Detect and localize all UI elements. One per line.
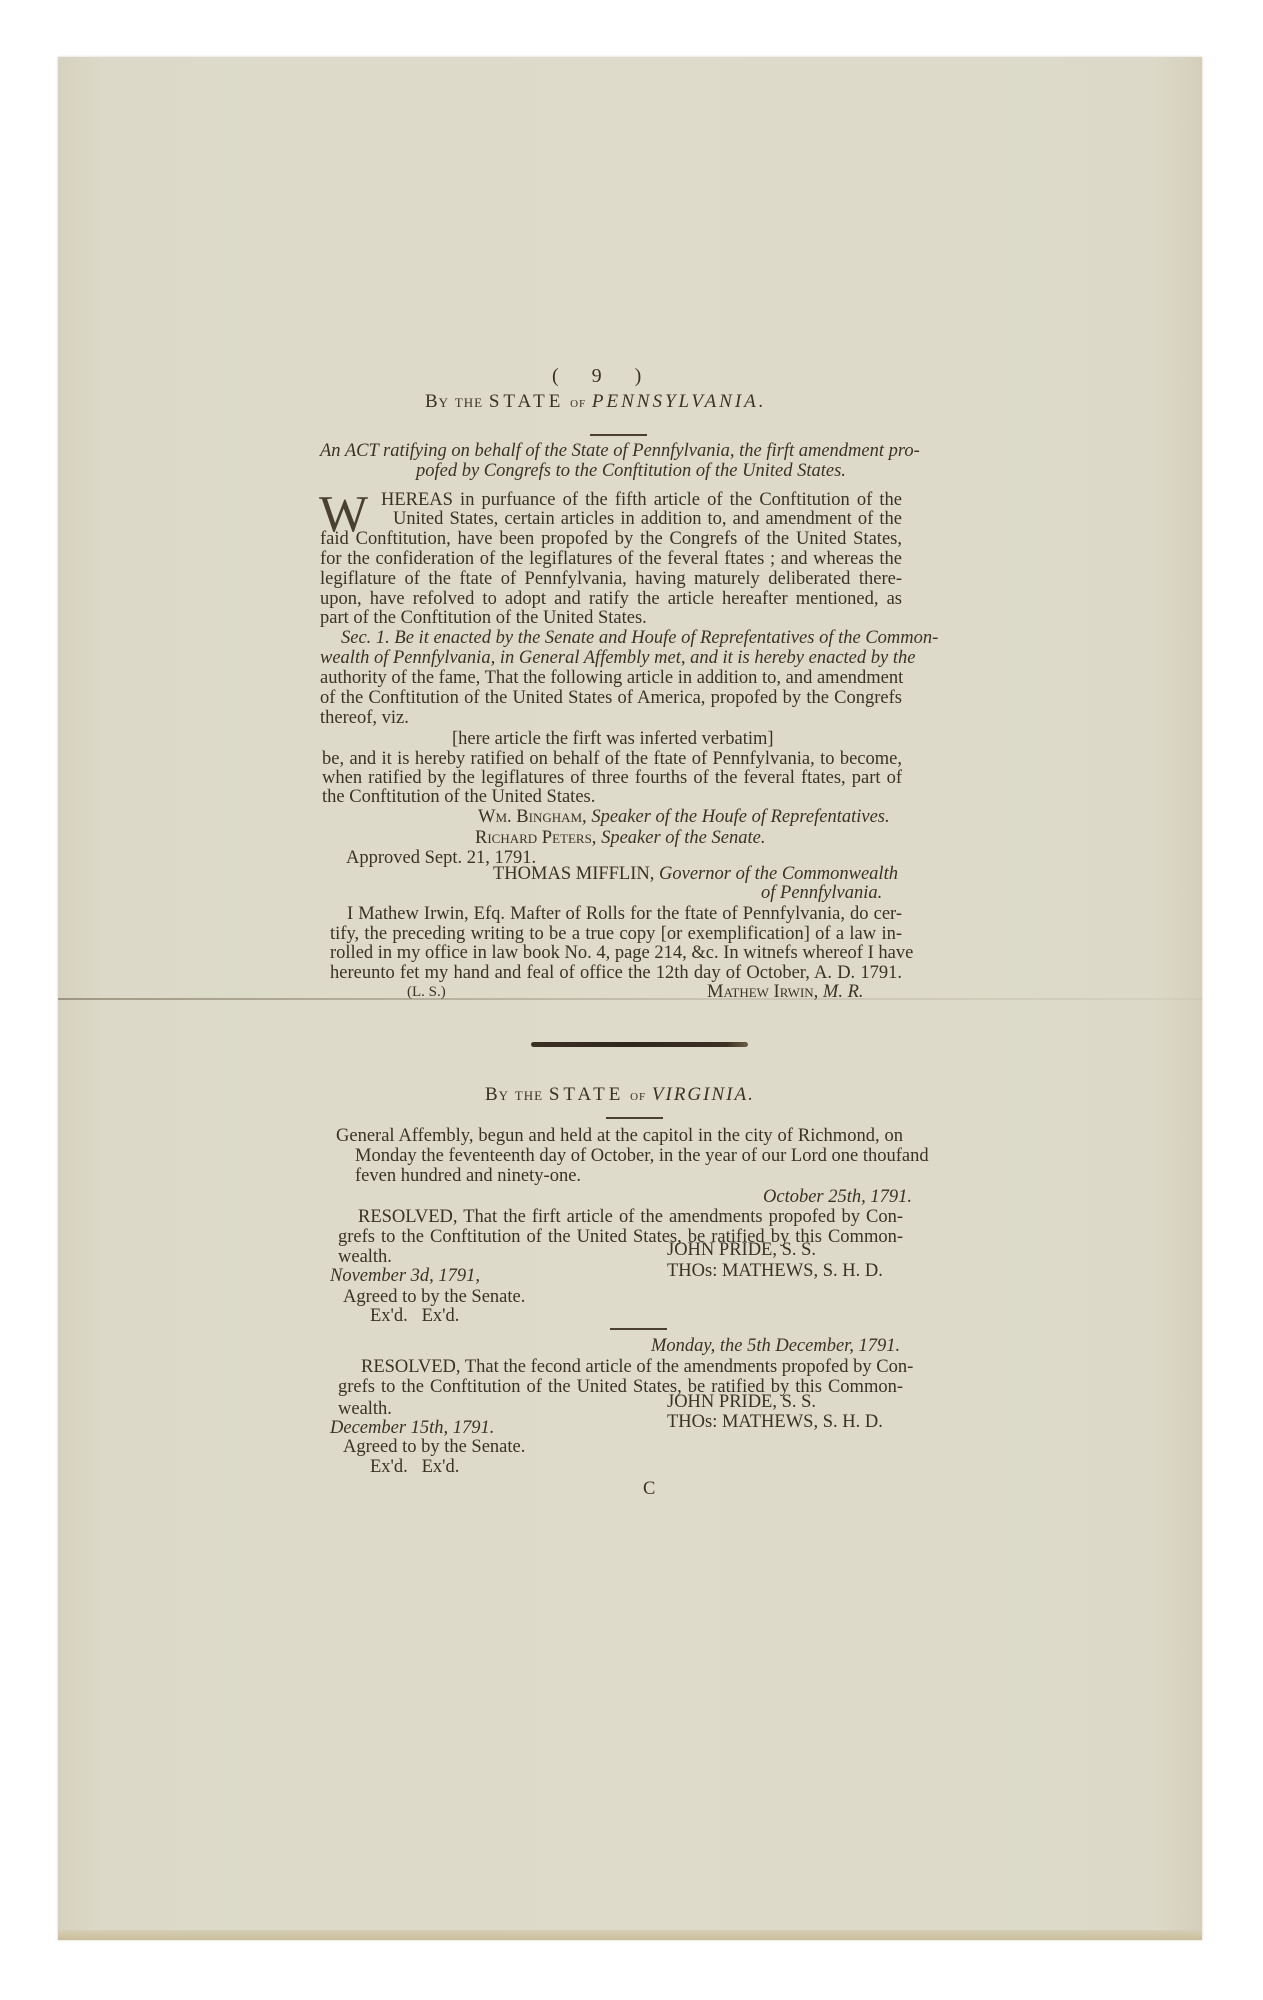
resolution-divider-rule: [610, 1328, 667, 1330]
ratified-line-2: when ratified by the legiflatures of thr…: [322, 769, 902, 788]
resolution1-agreed: Agreed to by the Senate.: [343, 1288, 525, 1307]
whereas-line-5: legiflature of the ftate of Pennfylvania…: [320, 570, 902, 589]
resolution1-line-1: RESOLVED, That the firft article of the …: [358, 1208, 903, 1227]
resolution1-date: October 25th, 1791.: [763, 1188, 912, 1207]
inserted-article-note: [here article the firft was inferted ver…: [452, 730, 774, 749]
governor-signature: THOMAS MIFFLIN, Governor of the Commonwe…: [493, 865, 898, 884]
whereas-line-6: upon, have refolved to adopt and ratify …: [320, 590, 902, 609]
governor-title-line-2: of Pennfylvania.: [761, 884, 882, 903]
resolution2-line-3: wealth.: [338, 1400, 392, 1419]
heading-of: of: [630, 1088, 646, 1104]
ratified-line-1: be, and it is hereby ratified on behalf …: [322, 750, 902, 769]
assembly-line-1: General Affembly, begun and held at the …: [336, 1127, 903, 1146]
signer-name: Wm. Bingham,: [478, 807, 587, 827]
resolution1-senate-date: November 3d, 1791,: [330, 1267, 480, 1286]
act-title-line-2: pofed by Congrefs to the Conftitution of…: [416, 462, 846, 481]
resolution1-signer-speaker-house: THOs: MATHEWS, S. H. D.: [667, 1262, 883, 1281]
signer-title: Speaker of the Senate.: [601, 828, 765, 848]
signer-name: Mathew Irwin,: [707, 982, 818, 1002]
signer-name: Richard Peters,: [475, 828, 596, 848]
master-of-rolls-signature: Mathew Irwin, M. R.: [707, 983, 864, 1002]
resolution2-signer-speaker-senate: JOHN PRIDE, S. S.: [667, 1393, 816, 1412]
resolution2-date-text: Monday, the 5th December, 1791.: [651, 1336, 900, 1356]
resolution2-signer-speaker-house: THOs: MATHEWS, S. H. D.: [667, 1413, 883, 1432]
signature-speaker-house: Wm. Bingham, Speaker of the Houfe of Rep…: [478, 808, 890, 827]
resolution1-signer-speaker-senate: JOHN PRIDE, S. S.: [667, 1241, 816, 1260]
heading-prefix: By the: [485, 1084, 543, 1105]
paper-bottom-edge: [58, 1930, 1202, 1940]
signer-title: M. R.: [823, 982, 864, 1002]
whereas-line-1: HEREAS in purfuance of the fifth article…: [381, 491, 902, 510]
signature-mark: C: [643, 1480, 655, 1499]
resolution2-date: Monday, the 5th December, 1791.: [651, 1337, 900, 1356]
section-divider-ornament: [531, 1042, 748, 1047]
resolution1-line-3: wealth.: [338, 1248, 392, 1267]
section1-line-2: wealth of Pennfylvania, in General Affem…: [320, 649, 902, 668]
pennsylvania-heading: By the STATE of PENNSYLVANIA.: [425, 392, 767, 411]
section1-line-4: of the Conftitution of the United States…: [320, 689, 902, 708]
section1-line-3: authority of the fame, That the followin…: [320, 669, 902, 688]
heading-state-name: PENNSYLVANIA.: [592, 391, 767, 412]
resolution1-examined: Ex'd. Ex'd.: [370, 1307, 459, 1326]
certification-line-4: hereunto fet my hand and feal of office …: [330, 964, 902, 983]
heading-state-word: STATE: [549, 1084, 624, 1105]
page-number: ( 9 ): [552, 366, 655, 386]
resolution2-line-2: grefs to the Conftitution of the United …: [338, 1378, 903, 1397]
certification-line-1: I Mathew Irwin, Efq. Mafter of Rolls for…: [347, 905, 902, 924]
heading-state-name: VIRGINIA.: [652, 1084, 755, 1105]
governor-name: THOMAS MIFFLIN,: [493, 864, 654, 884]
heading-of: of: [570, 395, 586, 411]
resolution1-line-2: grefs to the Conftitution of the United …: [338, 1228, 903, 1247]
heading-rule: [606, 1117, 663, 1119]
resolution2-examined: Ex'd. Ex'd.: [370, 1458, 459, 1477]
ratified-line-3: the Conftitution of the United States.: [322, 788, 595, 807]
resolution2-senate-date: December 15th, 1791.: [330, 1419, 494, 1438]
resolution2-line-1: RESOLVED, That the fecond article of the…: [361, 1358, 903, 1377]
virginia-heading: By the STATE of VIRGINIA.: [485, 1085, 755, 1104]
whereas-line-4: for the confideration of the legiflature…: [320, 550, 902, 569]
certification-line-2: tify, the preceding writing to be a true…: [330, 925, 902, 944]
fold-line: [58, 998, 1202, 1000]
resolution2-agreed: Agreed to by the Senate.: [343, 1438, 525, 1457]
whereas-line-7: part of the Conftitution of the United S…: [320, 609, 647, 628]
whereas-line-2: United States, certain articles in addit…: [393, 510, 902, 529]
governor-title: Governor of the Commonwealth: [659, 864, 898, 884]
heading-state-word: STATE: [489, 391, 564, 412]
signature-speaker-senate: Richard Peters, Speaker of the Senate.: [475, 829, 765, 848]
seal-mark: (L. S.): [407, 985, 446, 1000]
assembly-line-2: Monday the feventeenth day of October, i…: [355, 1147, 903, 1166]
heading-rule: [590, 434, 647, 436]
section1-line-5: thereof, viz.: [320, 709, 409, 728]
whereas-line-3: faid Conftitution, have been propofed by…: [320, 530, 902, 549]
act-title-line-1: An ACT ratifying on behalf of the State …: [320, 442, 920, 461]
assembly-line-3: feven hundred and ninety-one.: [355, 1167, 581, 1186]
heading-prefix: By the: [425, 391, 483, 412]
section1-line-1: Sec. 1. Be it enacted by the Senate and …: [341, 629, 902, 648]
certification-line-3: rolled in my office in law book No. 4, p…: [330, 944, 902, 963]
signer-title: Speaker of the Houfe of Reprefentatives.: [591, 807, 889, 827]
